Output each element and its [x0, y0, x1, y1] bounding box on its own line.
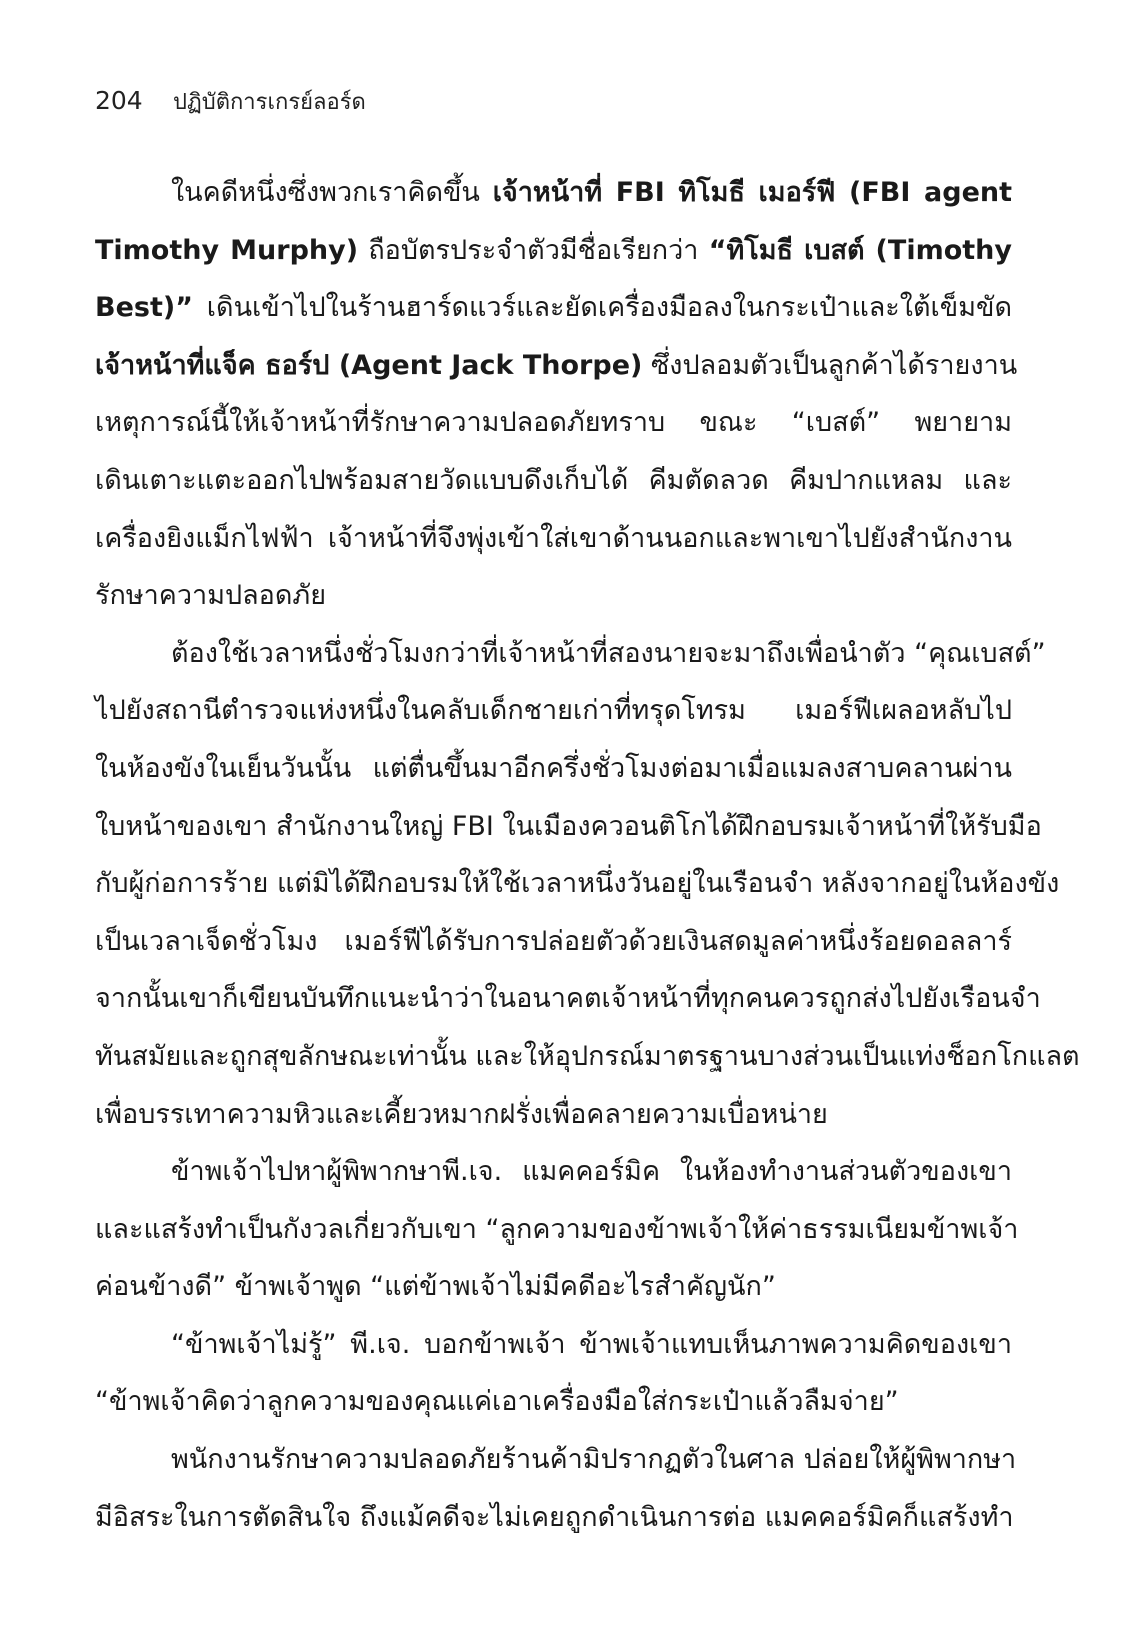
paragraph: ต้องใช้เวลาหนึ่งชั่วโมงกว่าที่เจ้าหน้าที…: [95, 625, 1012, 1143]
text-line: รักษาความปลอดภัย: [95, 567, 1012, 625]
text-segment: และแสร้งทำเป็นกังวลเกี่ยวกับเขา “ลูกความ…: [95, 1214, 1018, 1245]
text-line: ต้องใช้เวลาหนึ่งชั่วโมงกว่าที่เจ้าหน้าที…: [95, 625, 1012, 683]
text-line: Best)” เดินเข้าไปในร้านฮาร์ดแวร์และยัดเค…: [95, 279, 1012, 337]
text-segment: ข้าพเจ้าไปหาผู้พิพากษาพี.เจ. แมคคอร์มิค …: [171, 1156, 1012, 1187]
text-segment: รักษาความปลอดภัย: [95, 580, 326, 611]
text-segment: ในห้องขังในเย็นวันนั้น แต่ตื่นขึ้นมาอีกค…: [95, 753, 1012, 784]
text-segment: “ข้าพเจ้าคิดว่าลูกความของคุณแค่เอาเครื่อ…: [95, 1386, 899, 1417]
bold-text-segment: “ทิโมธี เบสต์ (Timothy: [709, 235, 1012, 266]
text-line: ค่อนข้างดี” ข้าพเจ้าพูด “แต่ข้าพเจ้าไม่ม…: [95, 1258, 1012, 1316]
text-segment: ซึ่งปลอมตัวเป็นลูกค้าได้รายงาน: [642, 350, 1017, 381]
text-line: เหตุการณ์นี้ให้เจ้าหน้าที่รักษาความปลอดภ…: [95, 394, 1012, 452]
text-segment: ถือบัตรประจำตัวมีชื่อเรียกว่า: [358, 235, 709, 266]
text-line: กับผู้ก่อการร้าย แต่มิได้ฝึกอบรมให้ใช้เว…: [95, 855, 1012, 913]
text-line: มีอิสระในการตัดสินใจ ถึงแม้คดีจะไม่เคยถู…: [95, 1489, 1012, 1547]
text-line: ข้าพเจ้าไปหาผู้พิพากษาพี.เจ. แมคคอร์มิค …: [95, 1143, 1012, 1201]
text-segment: เป็นเวลาเจ็ดชั่วโมง เมอร์ฟีได้รับการปล่อ…: [95, 926, 1012, 957]
paragraph: ข้าพเจ้าไปหาผู้พิพากษาพี.เจ. แมคคอร์มิค …: [95, 1143, 1012, 1316]
text-segment: ทันสมัยและถูกสุขลักษณะเท่านั้น และให้อุป…: [95, 1041, 1080, 1072]
text-segment: เหตุการณ์นี้ให้เจ้าหน้าที่รักษาความปลอดภ…: [95, 407, 1012, 438]
text-line: เดินเตาะแตะออกไปพร้อมสายวัดแบบดึงเก็บได้…: [95, 452, 1012, 510]
paragraph: พนักงานรักษาความปลอดภัยร้านค้ามิปรากฏตัว…: [95, 1431, 1012, 1546]
text-segment: เดินเข้าไปในร้านฮาร์ดแวร์และยัดเครื่องมื…: [193, 292, 1012, 323]
text-segment: พนักงานรักษาความปลอดภัยร้านค้ามิปรากฏตัว…: [171, 1444, 1016, 1475]
text-segment: ใบหน้าของเขา สำนักงานใหญ่ FBI ในเมืองควอ…: [95, 811, 1042, 842]
text-line: ทันสมัยและถูกสุขลักษณะเท่านั้น และให้อุป…: [95, 1028, 1012, 1086]
paragraph: ในคดีหนึ่งซึ่งพวกเราคิดขึ้น เจ้าหน้าที่ …: [95, 164, 1012, 625]
text-line: เครื่องยิงแม็กไฟฟ้า เจ้าหน้าที่จึงพุ่งเข…: [95, 510, 1012, 568]
text-segment: กับผู้ก่อการร้าย แต่มิได้ฝึกอบรมให้ใช้เว…: [95, 868, 1059, 899]
bold-text-segment: Best)”: [95, 292, 193, 323]
text-segment: ไปยังสถานีตำรวจแห่งหนึ่งในคลับเด็กชายเก่…: [95, 695, 1012, 726]
text-line: เพื่อบรรเทาความหิวและเคี้ยวหมากฝรั่งเพื่…: [95, 1086, 1012, 1144]
text-segment: เพื่อบรรเทาความหิวและเคี้ยวหมากฝรั่งเพื่…: [95, 1099, 828, 1130]
text-line: จากนั้นเขาก็เขียนบันทึกแนะนำว่าในอนาคตเจ…: [95, 970, 1012, 1028]
bold-text-segment: เจ้าหน้าที่แจ็ค ธอร์ป (Agent Jack Thorpe…: [95, 350, 642, 381]
page-number: 204: [95, 86, 173, 115]
bold-text-segment: Timothy Murphy): [95, 235, 358, 266]
text-segment: “ข้าพเจ้าไม่รู้” พี.เจ. บอกข้าพเจ้า ข้าพ…: [171, 1329, 1012, 1360]
text-line: Timothy Murphy) ถือบัตรประจำตัวมีชื่อเรี…: [95, 222, 1012, 280]
text-segment: เครื่องยิงแม็กไฟฟ้า เจ้าหน้าที่จึงพุ่งเข…: [95, 523, 1012, 554]
text-segment: ในคดีหนึ่งซึ่งพวกเราคิดขึ้น: [171, 177, 493, 208]
text-line: “ข้าพเจ้าคิดว่าลูกความของคุณแค่เอาเครื่อ…: [95, 1373, 1012, 1431]
text-line: เจ้าหน้าที่แจ็ค ธอร์ป (Agent Jack Thorpe…: [95, 337, 1012, 395]
text-line: และแสร้งทำเป็นกังวลเกี่ยวกับเขา “ลูกความ…: [95, 1201, 1012, 1259]
body-text: ในคดีหนึ่งซึ่งพวกเราคิดขึ้น เจ้าหน้าที่ …: [95, 164, 1012, 1546]
text-segment: มีอิสระในการตัดสินใจ ถึงแม้คดีจะไม่เคยถู…: [95, 1502, 1014, 1533]
text-line: ใบหน้าของเขา สำนักงานใหญ่ FBI ในเมืองควอ…: [95, 798, 1012, 856]
text-line: ในคดีหนึ่งซึ่งพวกเราคิดขึ้น เจ้าหน้าที่ …: [95, 164, 1012, 222]
text-line: ไปยังสถานีตำรวจแห่งหนึ่งในคลับเด็กชายเก่…: [95, 682, 1012, 740]
running-header: 204 ปฏิบัติการเกรย์ลอร์ด: [95, 84, 366, 120]
text-line: พนักงานรักษาความปลอดภัยร้านค้ามิปรากฏตัว…: [95, 1431, 1012, 1489]
text-segment: ค่อนข้างดี” ข้าพเจ้าพูด “แต่ข้าพเจ้าไม่ม…: [95, 1271, 776, 1302]
bold-text-segment: เจ้าหน้าที่ FBI ทิโมธี เมอร์ฟี (FBI agen…: [493, 177, 1012, 208]
text-segment: เดินเตาะแตะออกไปพร้อมสายวัดแบบดึงเก็บได้…: [95, 465, 1012, 496]
text-line: ในห้องขังในเย็นวันนั้น แต่ตื่นขึ้นมาอีกค…: [95, 740, 1012, 798]
text-line: “ข้าพเจ้าไม่รู้” พี.เจ. บอกข้าพเจ้า ข้าพ…: [95, 1316, 1012, 1374]
book-title: ปฏิบัติการเกรย์ลอร์ด: [173, 84, 366, 119]
text-line: เป็นเวลาเจ็ดชั่วโมง เมอร์ฟีได้รับการปล่อ…: [95, 913, 1012, 971]
paragraph: “ข้าพเจ้าไม่รู้” พี.เจ. บอกข้าพเจ้า ข้าพ…: [95, 1316, 1012, 1431]
text-segment: จากนั้นเขาก็เขียนบันทึกแนะนำว่าในอนาคตเจ…: [95, 983, 1041, 1014]
text-segment: ต้องใช้เวลาหนึ่งชั่วโมงกว่าที่เจ้าหน้าที…: [171, 638, 1046, 669]
